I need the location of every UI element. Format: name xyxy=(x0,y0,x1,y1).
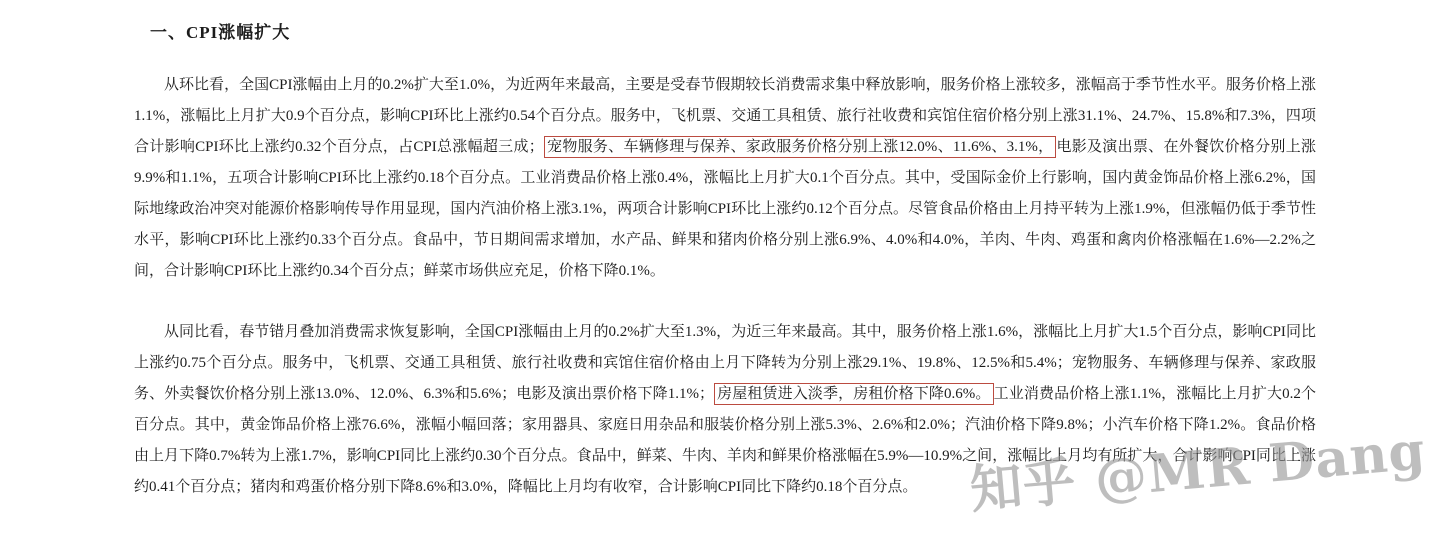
paragraph: 从环比看，全国CPI涨幅由上月的0.2%扩大至1.0%，为近两年来最高，主要是受… xyxy=(134,70,1316,287)
paragraph: 从同比看，春节错月叠加消费需求恢复影响，全国CPI涨幅由上月的0.2%扩大至1.… xyxy=(134,317,1316,503)
highlight-box: 房屋租赁进入淡季，房租价格下降0.6%。 xyxy=(714,383,994,405)
section-title: 一、CPI涨幅扩大 xyxy=(150,18,1316,43)
document-body: 从环比看，全国CPI涨幅由上月的0.2%扩大至1.0%，为近两年来最高，主要是受… xyxy=(134,70,1316,503)
text-segment: 电影及演出票、在外餐饮价格分别上涨9.9%和1.1%，五项合计影响CPI环比上涨… xyxy=(134,139,1316,279)
highlight-box: 宠物服务、车辆修理与保养、家政服务价格分别上涨12.0%、11.6%、3.1%， xyxy=(544,136,1057,158)
document-page: 一、CPI涨幅扩大 从环比看，全国CPI涨幅由上月的0.2%扩大至1.0%，为近… xyxy=(0,0,1440,503)
